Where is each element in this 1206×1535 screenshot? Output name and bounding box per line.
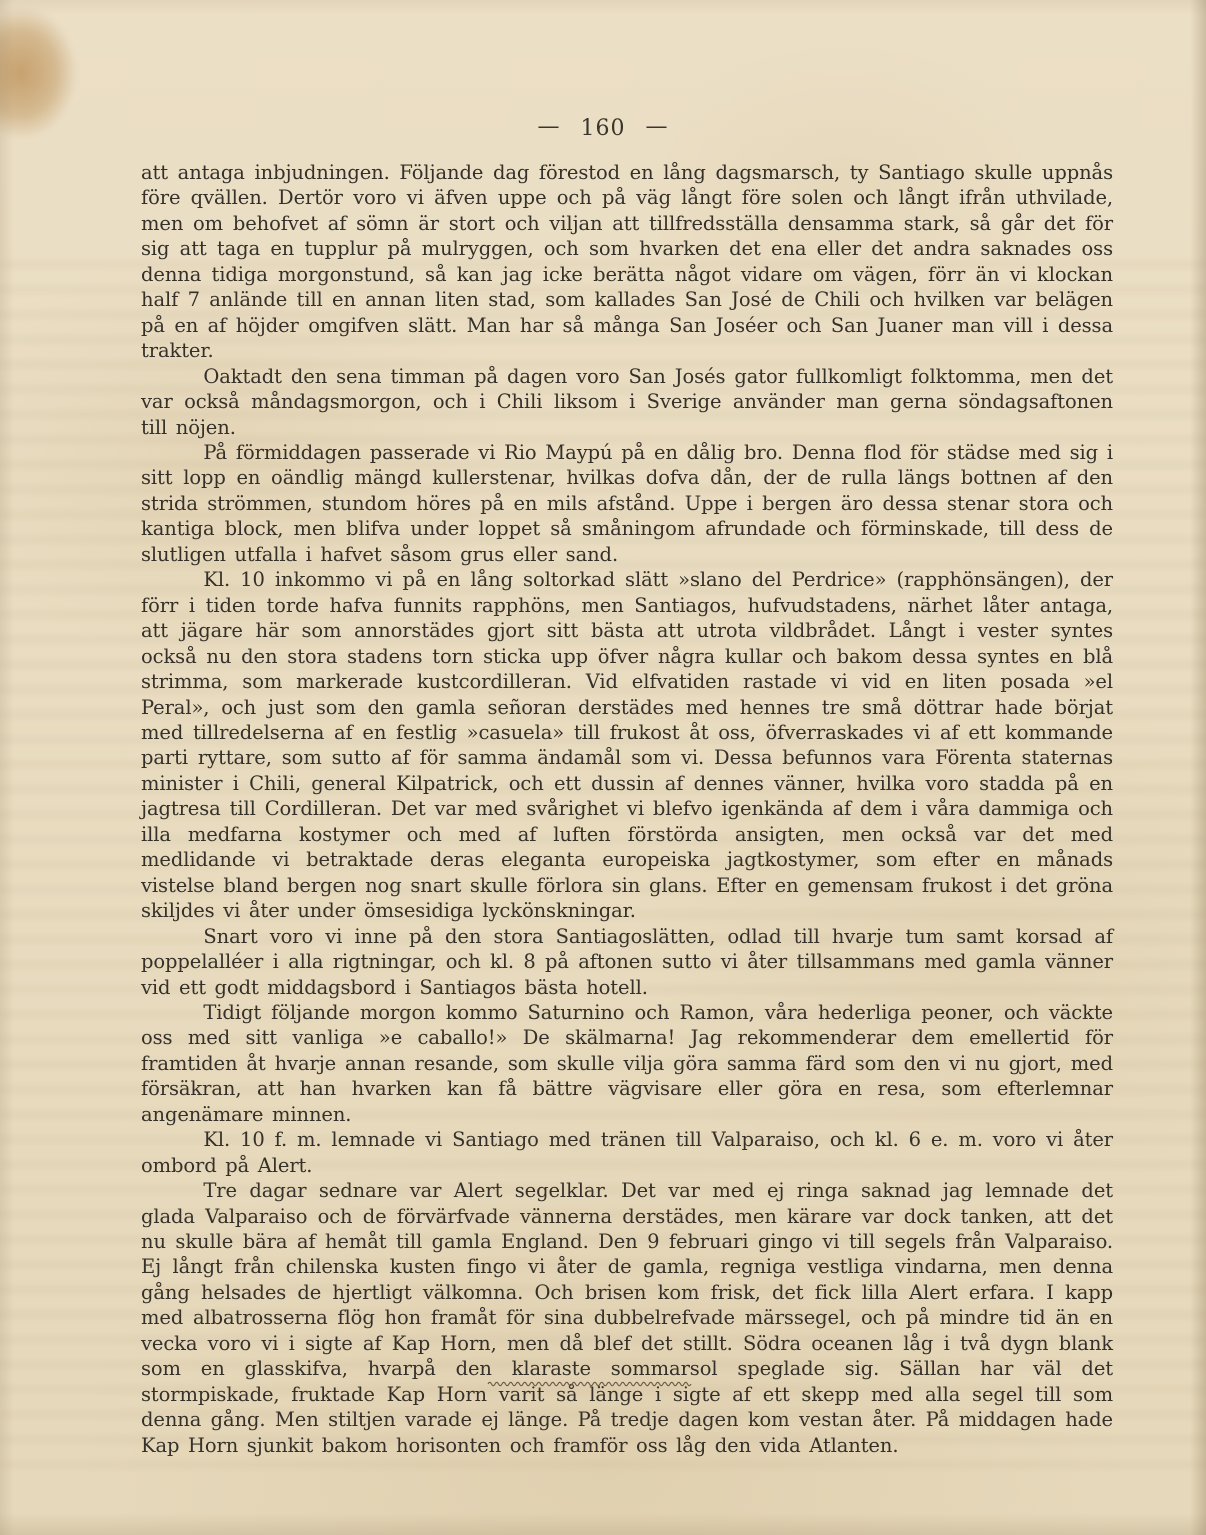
paragraph-6: Tidigt följande morgon kommo Saturnino o… xyxy=(141,1000,1113,1127)
book-page: —160— att antaga inbjudningen. Följande … xyxy=(0,0,1206,1535)
header-left-dash: — xyxy=(538,114,561,139)
page-header: —160— xyxy=(0,116,1206,141)
paragraph-2: Oaktadt den sena timman på dagen voro Sa… xyxy=(141,364,1113,440)
section-divider xyxy=(0,1374,1206,1393)
paragraph-1: att antaga inbjudningen. Följande dag fö… xyxy=(141,160,1113,364)
paragraph-7: Kl. 10 f. m. lemnade vi Santiago med trä… xyxy=(141,1127,1113,1178)
wavy-rule-icon xyxy=(487,1379,693,1389)
text-block: att antaga inbjudningen. Följande dag fö… xyxy=(141,160,1113,1458)
paragraph-8: Tre dagar sednare var Alert segelklar. D… xyxy=(141,1178,1113,1458)
paragraph-5: Snart voro vi inne på den stora Santiago… xyxy=(141,924,1113,1000)
page-number: 160 xyxy=(581,116,626,141)
paragraph-3: På förmiddagen passerade vi Rio Maypú på… xyxy=(141,440,1113,567)
paragraph-4: Kl. 10 inkommo vi på en lång soltorkad s… xyxy=(141,567,1113,923)
header-right-dash: — xyxy=(646,114,669,139)
